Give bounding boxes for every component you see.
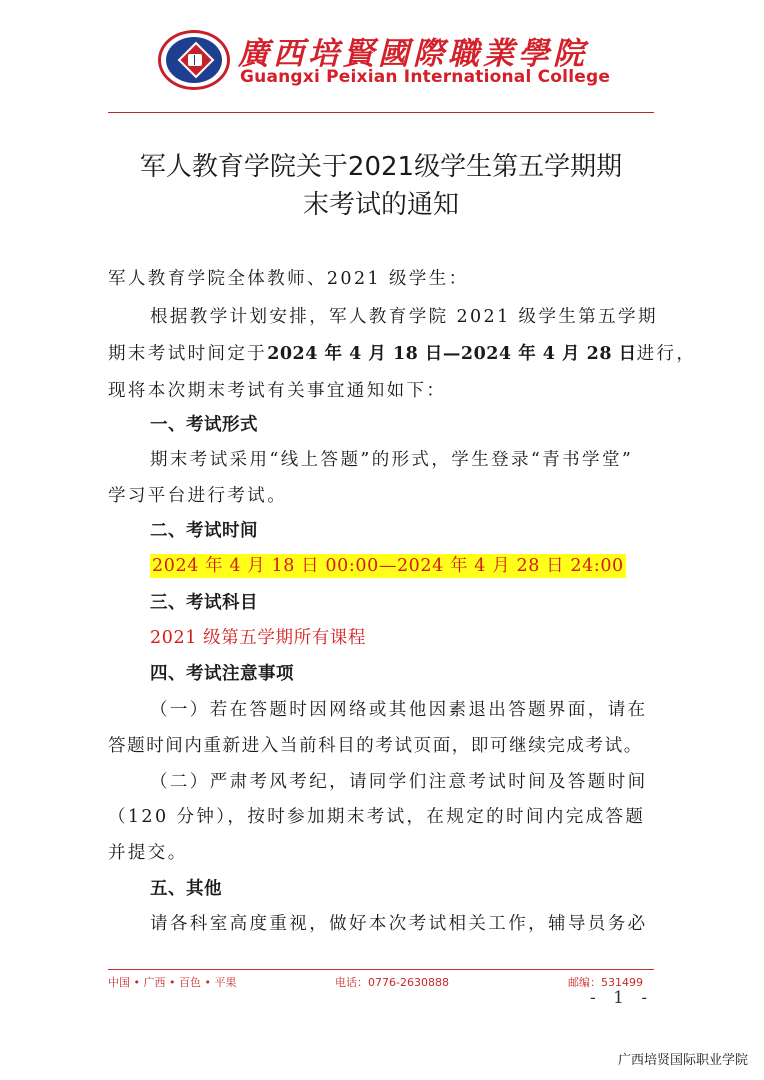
- exam-format-line-1: 期末考试采用“线上答题”的形式，学生登录“青书学堂”: [150, 447, 700, 473]
- exam-notes-line-1: （一）若在答题时因网络或其他因素退出答题界面，请在: [150, 697, 700, 723]
- college-name-en: Guangxi Peixian International College: [240, 67, 610, 87]
- page-number: - 1 -: [590, 988, 653, 1008]
- exam-format-line-2: 学习平台进行考试。: [108, 483, 658, 509]
- exam-subjects-text: 2021 级第五学期所有课程: [150, 625, 700, 651]
- footer-divider: [108, 969, 654, 970]
- footer-phone: 电话：0776-2630888: [335, 974, 449, 990]
- section-heading-exam-format: 一、考试形式: [150, 412, 700, 438]
- title-line-2: 末考试的通知: [108, 186, 654, 224]
- exam-time-line: 2024 年 4 月 18 日 00:00—2024 年 4 月 28 日 24…: [150, 553, 700, 579]
- exam-notes-line-2: 答题时间内重新进入当前科目的考试页面，即可继续完成考试。: [108, 733, 658, 759]
- footer-address: 中国 • 广西 • 百色 • 平果: [108, 974, 236, 990]
- exam-notes-line-3: （二）严肃考风考纪，请同学们注意考试时间及答题时间: [150, 769, 700, 795]
- section-heading-other: 五、其他: [150, 876, 700, 902]
- section-heading-exam-time: 二、考试时间: [150, 518, 700, 544]
- intro-line-3: 现将本次期末考试有关事宜通知如下：: [108, 378, 658, 404]
- exam-period-dates: 2024 年 4 月 18 日—2024 年 4 月 28 日: [267, 344, 636, 364]
- title-line-1: 军人教育学院关于2021级学生第五学期期: [108, 148, 654, 186]
- intro-line-2: 期末考试时间定于2024 年 4 月 18 日—2024 年 4 月 28 日进…: [108, 341, 658, 367]
- source-watermark: 广西培贤国际职业学院: [618, 1049, 748, 1068]
- intro-line-2-suffix: 进行，: [637, 344, 697, 364]
- section-heading-exam-subjects: 三、考试科目: [150, 590, 700, 616]
- intro-line-1: 根据教学计划安排，军人教育学院 2021 级学生第五学期: [150, 304, 700, 330]
- other-line-1: 请各科室高度重视，做好本次考试相关工作，辅导员务必: [150, 911, 700, 937]
- document-title: 军人教育学院关于2021级学生第五学期期 末考试的通知: [108, 148, 654, 224]
- college-seal-icon: [158, 30, 230, 90]
- letterhead: 廣西培賢國際職業學院 Guangxi Peixian International…: [158, 30, 598, 92]
- intro-line-2-prefix: 期末考试时间定于: [108, 344, 267, 364]
- exam-notes-line-5: 并提交。: [108, 840, 658, 866]
- salutation: 军人教育学院全体教师、2021 级学生：: [108, 266, 658, 292]
- exam-notes-line-4: （120 分钟），按时参加期末考试，在规定的时间内完成答题: [108, 804, 658, 830]
- section-heading-exam-notes: 四、考试注意事项: [150, 661, 700, 687]
- exam-time-highlight: 2024 年 4 月 18 日 00:00—2024 年 4 月 28 日 24…: [150, 554, 626, 578]
- header-divider: [108, 112, 654, 113]
